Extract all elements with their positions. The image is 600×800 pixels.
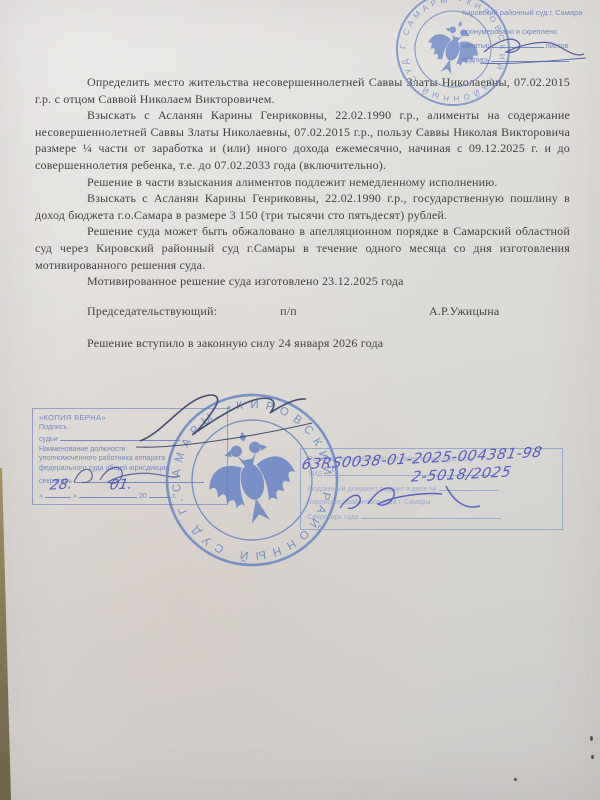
- decision-text-block: Определить место жительства несовершенно…: [35, 74, 570, 352]
- pp-mark: п/п: [280, 303, 297, 320]
- judge-name: А.Р.Ужицына: [429, 303, 499, 320]
- decision-paragraph: Взыскать с Асланян Карины Генриковны, 22…: [35, 190, 570, 223]
- quote-open: «: [39, 492, 43, 500]
- entry-into-force-line: Решение вступило в законную силу 24 янва…: [35, 335, 570, 352]
- certifying-signature: [130, 383, 330, 455]
- speck: [514, 778, 517, 781]
- presiding-judge-row: Председательствующий: п/п А.Р.Ужицына: [35, 303, 570, 320]
- photographed-court-decision-page: Определить место жительства несовершенно…: [0, 0, 600, 800]
- presiding-label: Председательствующий:: [87, 303, 217, 320]
- year-printed: 20: [139, 492, 147, 500]
- quote-close: »: [73, 492, 77, 500]
- case-stamp-signature: [332, 478, 484, 522]
- decision-paragraph: Решение суда может быть обжаловано в апе…: [35, 223, 570, 273]
- sudji-word: судьи: [39, 435, 58, 443]
- speck: [590, 736, 593, 741]
- clerk-signature-top: [478, 28, 594, 68]
- decision-paragraph: Решение в части взыскания алиментов подл…: [35, 174, 570, 191]
- speck: [591, 755, 594, 759]
- table-edge: [0, 468, 11, 800]
- decision-paragraph: Взыскать с Асланян Карины Генриковны, 22…: [35, 107, 570, 173]
- decision-paragraph: Мотивированное решение суда изготовлено …: [35, 273, 570, 290]
